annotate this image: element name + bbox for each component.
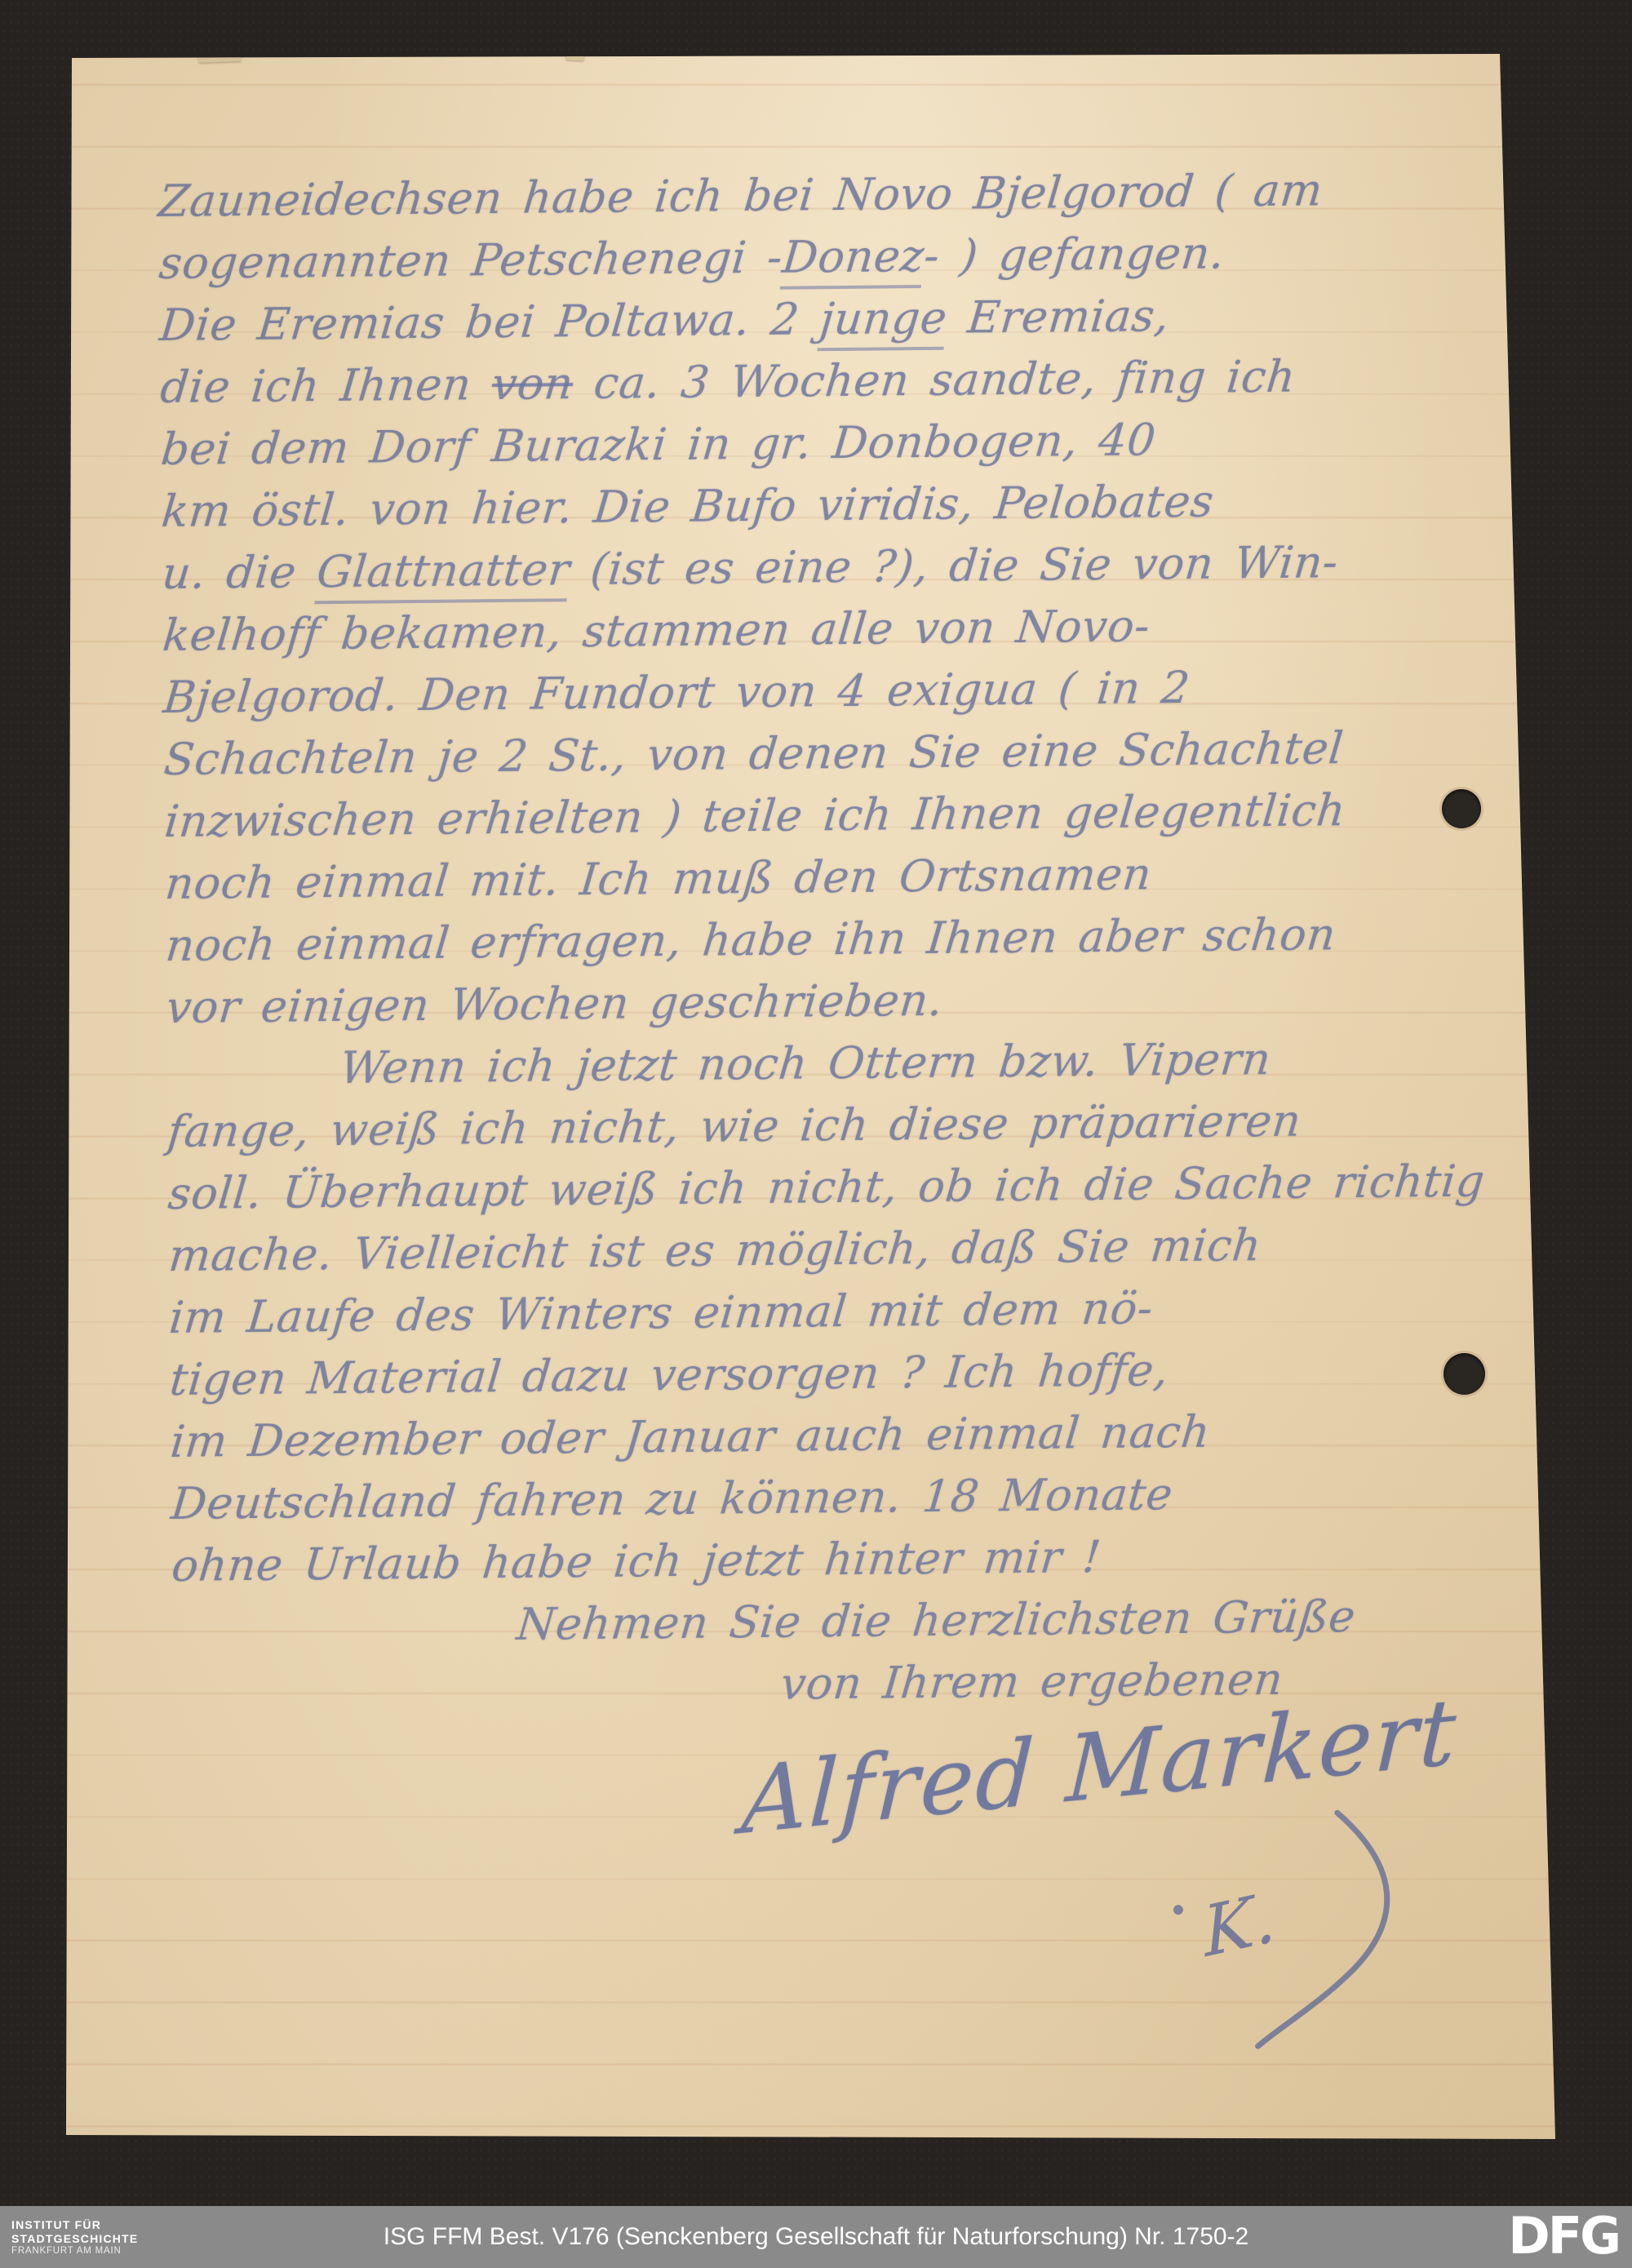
letter-line: Deutschland fahren zu können. 18 Monate	[169, 1472, 1174, 1526]
letter-line: von Ihrem ergebenen	[779, 1658, 1285, 1707]
letter-line: vor einigen Wochen geschrieben.	[165, 979, 945, 1030]
letter-line: noch einmal mit. Ich muß den Ortsnamen	[163, 852, 1154, 906]
letter-line: Bjelgorod. Den Fundort von 4 exigua ( in…	[162, 666, 1192, 720]
letter-line: u. die Glattnatter (ist es eine ?), die …	[160, 540, 1340, 596]
letter-line: ohne Urlaub habe ich jetzt hinter mir !	[170, 1535, 1103, 1588]
letter-line: Wenn ich jetzt noch Ottern bzw. Vipern	[338, 1037, 1273, 1090]
letter-line: Schachteln je 2 St., von denen Sie eine …	[162, 726, 1346, 782]
signature-flourish	[0, 0, 1632, 2268]
letter-line: tigen Material dazu versorgen ? Ich hoff…	[168, 1348, 1170, 1402]
institute-logo-line1: INSTITUT FÜR	[11, 2219, 138, 2230]
institute-logo: INSTITUT FÜR STADTGESCHICHTE FRANKFURT A…	[11, 2219, 138, 2257]
letter-line: im Dezember oder Januar auch einmal nach	[169, 1410, 1213, 1464]
letter-page: Alfred Markert K. Zauneidechsen habe ich…	[0, 0, 1632, 2268]
letter-line: km östl. von hier. Die Bufo viridis, Pel…	[160, 480, 1216, 534]
archive-footer-bar: INSTITUT FÜR STADTGESCHICHTE FRANKFURT A…	[0, 2206, 1632, 2268]
letter-line: im Laufe des Winters einmal mit dem nö-	[167, 1286, 1155, 1340]
letter-line: sogenannten Petschenegi -Donez- ) gefang…	[157, 231, 1226, 286]
letter-line: soll. Überhaupt weiß ich nicht, ob ich d…	[166, 1159, 1487, 1216]
signature: Alfred Markert	[739, 1679, 1459, 1855]
letter-line: Nehmen Sie die herzlichsten Grüße	[515, 1595, 1358, 1647]
punch-hole-top	[1442, 789, 1481, 828]
archive-caption: ISG FFM Best. V176 (Senckenberg Gesellsc…	[384, 2223, 1248, 2251]
letter-line: kelhoff bekamen, stammen alle von Novo-	[161, 604, 1151, 658]
letter-line: noch einmal erfragen, habe ihn Ihnen abe…	[164, 912, 1337, 968]
tape-remnant	[566, 45, 585, 60]
signature-initial: K.	[1200, 1876, 1278, 1973]
letter-line: inzwischen erhielten ) teile ich Ihnen g…	[162, 788, 1347, 844]
letter-line: bei dem Dorf Burazki in gr. Donbogen, 40	[159, 418, 1158, 472]
tape-remnant	[198, 43, 242, 63]
institute-logo-line2: STADTGESCHICHTE	[11, 2233, 138, 2244]
scan-vignette	[0, 0, 1632, 2268]
punch-hole-bottom	[1444, 1353, 1485, 1395]
letter-line: fange, weiß ich nicht, wie ich diese prä…	[166, 1099, 1303, 1154]
dfg-logo: DFG	[1508, 2206, 1619, 2266]
letter-line: die ich Ihnen von ca. 3 Wochen sandte, f…	[158, 355, 1297, 410]
letter-line: Die Eremias bei Poltawa. 2 junge Eremias…	[158, 294, 1172, 348]
letter-line: Zauneidechsen habe ich bei Novo Bjelgoro…	[157, 168, 1324, 224]
institute-logo-line3: FRANKFURT AM MAIN	[11, 2247, 138, 2257]
letter-body: Alfred Markert K. Zauneidechsen habe ich…	[0, 0, 1632, 2268]
letter-line: mache. Vielleicht ist es möglich, daß Si…	[166, 1223, 1262, 1278]
